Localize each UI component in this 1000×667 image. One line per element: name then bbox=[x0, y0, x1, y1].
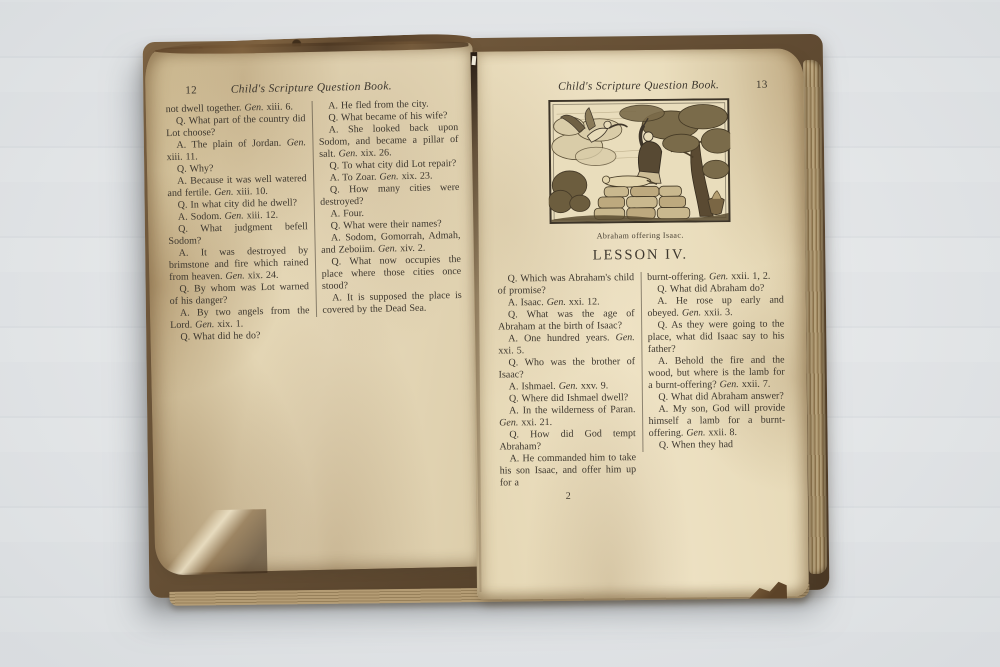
binding-thread bbox=[471, 56, 476, 65]
engraving-caption: Abraham offering Isaac. bbox=[491, 229, 789, 241]
right-page-column-1-text: Q. Which was Abraham's child of promise?… bbox=[498, 272, 637, 489]
paragraph: Q. What did he do? bbox=[170, 329, 310, 344]
stone-altar bbox=[594, 186, 690, 220]
page-number-right: 13 bbox=[756, 79, 768, 91]
open-book: 12 Child's Scripture Question Book. not … bbox=[137, 24, 824, 604]
paragraph: A. By two angels from the Lord. Gen. xix… bbox=[170, 305, 310, 332]
signature-mark: 2 bbox=[500, 490, 637, 502]
left-page-columns: not dwell together. Gen. xiii. 6.Q. What… bbox=[160, 98, 469, 344]
left-page-column-2: A. He fled from the city.Q. What became … bbox=[311, 98, 468, 317]
left-page: 12 Child's Scripture Question Book. not … bbox=[144, 43, 483, 574]
left-page-header: 12 Child's Scripture Question Book. bbox=[159, 79, 463, 97]
right-page: Child's Scripture Question Book. 13 bbox=[471, 48, 809, 599]
paragraph: A. One hundred years. Gen. xxi. 5. bbox=[498, 332, 635, 357]
paragraph: Q. What judgment befell Sodom? bbox=[168, 221, 308, 248]
left-page-column-1: not dwell together. Gen. xiii. 6.Q. What… bbox=[160, 101, 316, 344]
paragraph: Q. What part of the country did Lot choo… bbox=[166, 113, 306, 140]
lesson-heading: LESSON IV. bbox=[491, 245, 789, 265]
right-page-column-2: burnt-offering. Gen. xxii. 1, 2.Q. What … bbox=[640, 270, 791, 452]
paragraph: A. My son, God will provide himself a la… bbox=[648, 403, 785, 440]
paragraph: A. Behold the fire and the wood, but whe… bbox=[648, 355, 785, 392]
paragraph: A. He rose up early and obeyed. Gen. xxi… bbox=[647, 295, 784, 320]
paragraph: A. It is supposed the place is covered b… bbox=[322, 290, 462, 317]
engraving-illustration bbox=[548, 98, 731, 224]
right-page-columns: Q. Which was Abraham's child of promise?… bbox=[492, 270, 792, 502]
paragraph: Q. As they were going to the place, what… bbox=[648, 319, 785, 356]
paragraph: Q. How many cities were destroyed? bbox=[320, 182, 460, 209]
paragraph: A. She looked back upon Sodom, and becam… bbox=[319, 122, 459, 161]
paragraph: Q. What was the age of Abraham at the bi… bbox=[498, 308, 635, 333]
paragraph: Q. What now occupies the place where tho… bbox=[321, 254, 461, 293]
right-page-column-1: Q. Which was Abraham's child of promise?… bbox=[492, 272, 643, 503]
paragraph: Q. How did God tempt Abraham? bbox=[499, 428, 636, 453]
paragraph: Q. Who was the brother of Isaac? bbox=[498, 356, 635, 381]
paragraph: A. The plain of Jordan. Gen. xiii. 11. bbox=[166, 137, 306, 164]
paragraph: Q. When they had bbox=[649, 439, 786, 452]
paragraph: Q. By whom was Lot warned of his danger? bbox=[169, 281, 309, 308]
paragraph: A. It was destroyed by brimstone and fir… bbox=[169, 245, 309, 284]
running-head-right: Child's Scripture Question Book. bbox=[558, 79, 719, 93]
paragraph: Q. Which was Abraham's child of promise? bbox=[498, 272, 635, 297]
paragraph: A. In the wilderness of Paran. Gen. xxi.… bbox=[499, 404, 636, 429]
engraving-abraham-offering-isaac: Abraham offering Isaac. bbox=[490, 97, 789, 241]
right-page-header: Child's Scripture Question Book. 13 bbox=[490, 78, 788, 93]
running-head-left: Child's Scripture Question Book. bbox=[231, 80, 392, 95]
paragraph: A. Because it was well watered and ferti… bbox=[167, 173, 307, 200]
photo-background-surface: 12 Child's Scripture Question Book. not … bbox=[0, 0, 1000, 667]
paragraph: A. He commanded him to take his son Isaa… bbox=[499, 452, 636, 489]
page-number-left: 12 bbox=[185, 84, 197, 96]
paragraph: A. Sodom, Gomorrah, Admah, and Zeboiim. … bbox=[321, 230, 461, 257]
